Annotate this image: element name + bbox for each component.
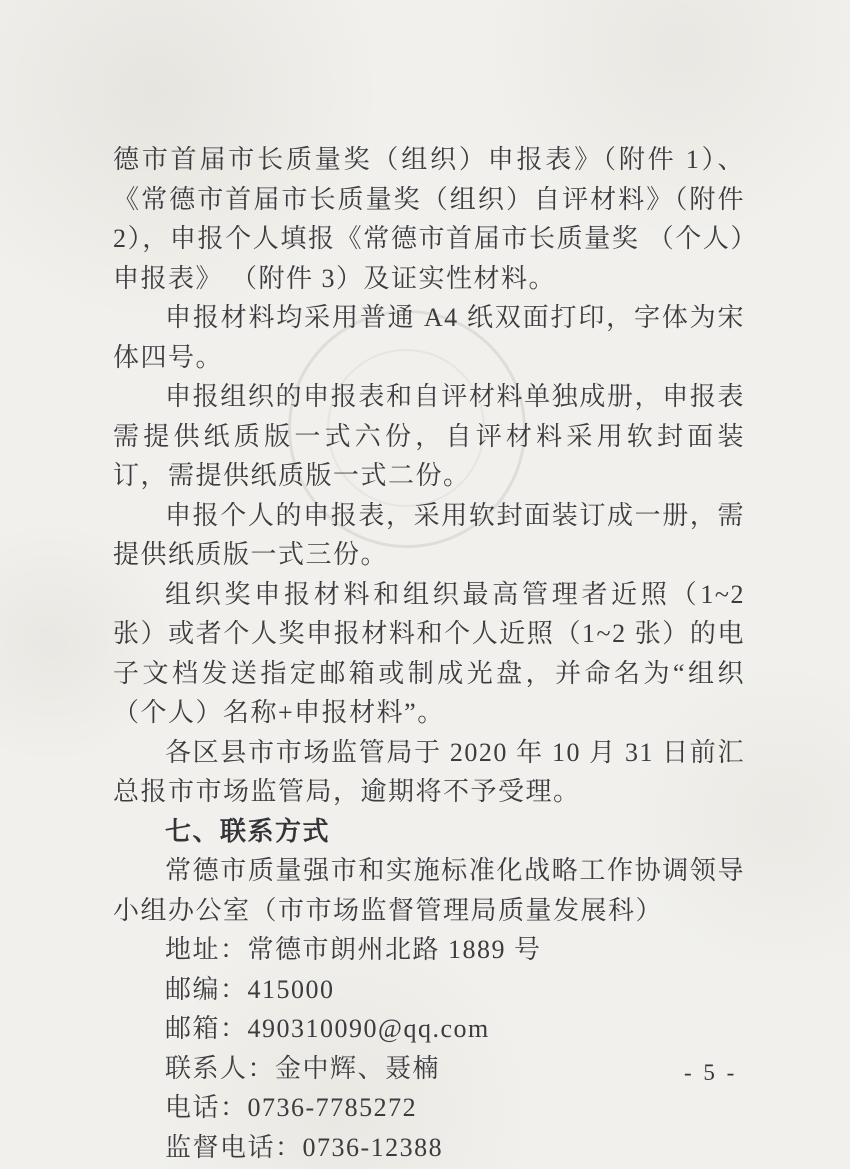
contact-address-line: 地址：常德市朗州北路 1889 号 (113, 930, 745, 970)
scanned-document-page: 德市首届市长质量奖（组织）申报表》（附件 1）、《常德市首届市长质量奖（组织）自… (0, 0, 850, 1169)
section-heading-contact: 七、联系方式 (113, 812, 745, 852)
paragraph-organization-copies: 申报组织的申报表和自评材料单独成册，申报表需提供纸质版一式六份，自评材料采用软封… (113, 377, 745, 496)
paragraph-individual-copies: 申报个人的申报表，采用软封面装订成一册，需提供纸质版一式三份。 (113, 496, 745, 575)
contact-email-line: 邮箱：490310090@qq.com (113, 1009, 745, 1049)
contact-phone-line: 电话：0736-7785272 (113, 1088, 745, 1128)
paragraph-electronic-submission: 组织奖申报材料和组织最高管理者近照（1~2 张）或者个人奖申报材料和个人近照（1… (113, 575, 745, 733)
contact-supervision-phone-line: 监督电话：0736-12388 (113, 1128, 745, 1168)
contact-persons-line: 联系人：金中辉、聂楠 (113, 1049, 745, 1089)
paragraph-deadline: 各区县市市场监管局于 2020 年 10 月 31 日前汇总报市市场监管局，逾期… (113, 733, 745, 812)
paragraph-attachment-forms: 德市首届市长质量奖（组织）申报表》（附件 1）、《常德市首届市长质量奖（组织）自… (113, 140, 745, 298)
page-number: - 5 - (684, 1060, 737, 1086)
contact-postcode-line: 邮编：415000 (113, 970, 745, 1010)
contact-office-line: 常德市质量强市和实施标准化战略工作协调领导小组办公室（市市场监督管理局质量发展科… (113, 851, 745, 930)
document-body: 德市首届市长质量奖（组织）申报表》（附件 1）、《常德市首届市长质量奖（组织）自… (113, 140, 745, 1167)
paragraph-print-format: 申报材料均采用普通 A4 纸双面打印，字体为宋体四号。 (113, 298, 745, 377)
